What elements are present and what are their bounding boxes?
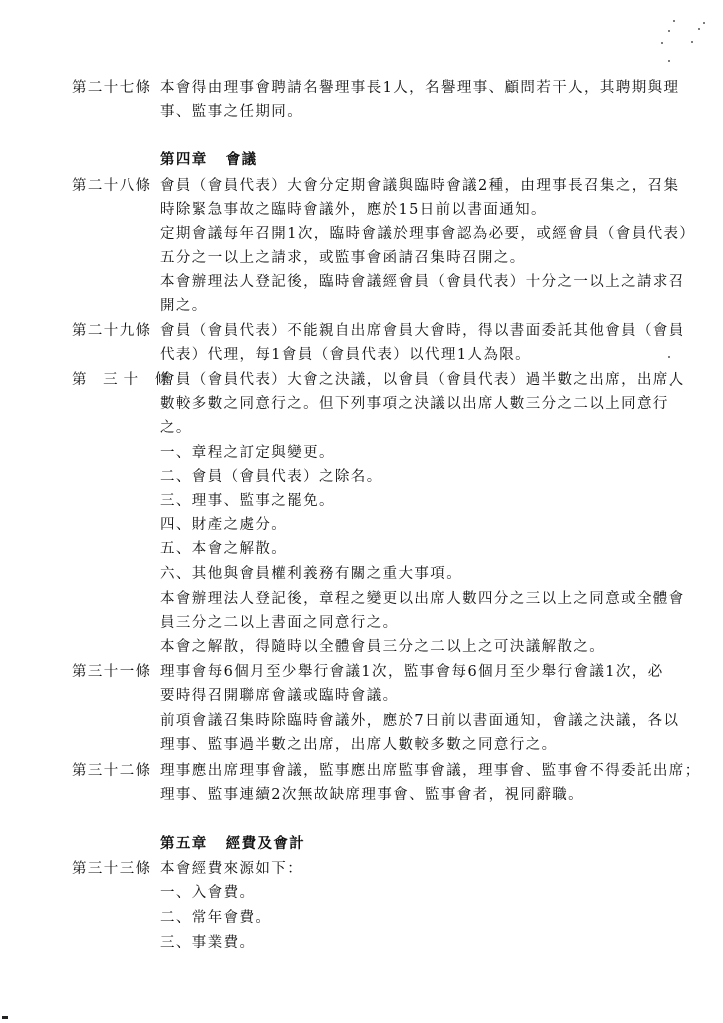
article-31-line-1: 理事會每6個月至少舉行會議1次，監事會每6個月至少舉行會議1次，必 (160, 663, 664, 681)
scan-speck (670, 90, 672, 92)
article-28-line-6: 開之。 (160, 297, 208, 315)
scan-speck (691, 41, 693, 43)
chapter-5-title: 經費及會計 (226, 835, 306, 852)
article-28-line-3: 定期會議每年召開1次，臨時會議於理事會認為必要，或經會員（會員代表） (160, 225, 695, 243)
article-31-line-4: 理事、監事過半數之出席，出席人數較多數之同意行之。 (160, 736, 558, 754)
article-30-item-5: 五、本會之解散。 (160, 540, 287, 558)
article-30-item-6: 六、其他與會員權利義務有關之重大事項。 (160, 565, 462, 583)
article-30-item-2: 二、會員（會員代表）之除名。 (160, 468, 383, 486)
article-30-line-11: 員三分之二以上書面之同意行之。 (160, 614, 399, 632)
article-28-line-5: 本會辦理法人登記後，臨時會議經會員（會員代表）十分之一以上之請求召 (160, 273, 685, 291)
scan-speck (668, 356, 670, 358)
article-30-item-3: 三、理事、監事之罷免。 (160, 492, 335, 510)
scan-speck (703, 22, 705, 24)
article-29-line-1: 會員（會員代表）不能親自出席會員大會時，得以書面委託其他會員（會員 (160, 322, 685, 340)
article-28-line-1: 會員（會員代表）大會分定期會議與臨時會議2種，由理事長召集之，召集 (160, 177, 679, 195)
article-30-item-1: 一、章程之訂定與變更。 (160, 444, 335, 462)
article-label-31: 第三十一條 (72, 663, 152, 681)
scan-speck (668, 60, 670, 62)
article-label-27: 第二十七條 (72, 79, 152, 97)
article-31-line-3: 前項會議召集時除臨時會議外，應於7日前以書面通知，會議之決議，各以 (160, 712, 679, 730)
article-33-item-1: 一、入會費。 (160, 884, 255, 902)
article-30-line-1: 會員（會員代表）大會之決議，以會員（會員代表）過半數之出席，出席人 (160, 371, 685, 389)
article-31-line-2: 要時得召開聯席會議或臨時會議。 (160, 687, 399, 705)
article-27-line-2: 事、監事之任期同。 (160, 103, 303, 121)
article-30-line-3: 之。 (160, 419, 192, 437)
article-30-line-12: 本會之解散，得隨時以全體會員三分之二以上之可決議解散之。 (160, 638, 605, 656)
document-page: 第二十七條 本會得由理事會聘請名譽理事長1人，名譽理事、顧問若干人，其聘期與理 … (0, 0, 723, 1023)
article-label-33: 第三十三條 (72, 860, 152, 878)
article-label-32: 第三十二條 (72, 762, 152, 780)
article-32-line-2: 理事、監事連續2次無故缺席理事會、監事會者，視同辭職。 (160, 786, 584, 804)
article-30-line-2: 數較多數之同意行之。但下列事項之決議以出席人數三分之二以上同意行 (160, 395, 669, 413)
scan-speck (673, 20, 675, 22)
chapter-5-heading: 第五章經費及會計 (160, 835, 305, 853)
chapter-4-number: 第四章 (160, 151, 208, 168)
article-label-28: 第二十八條 (72, 177, 152, 195)
chapter-4-title: 會議 (226, 151, 258, 168)
article-28-line-4: 五分之一以上之請求，或監事會函請召集時召開之。 (160, 249, 526, 267)
chapter-4-heading: 第四章會議 (160, 151, 258, 169)
article-32-line-1: 理事應出席理事會議，監事應出席監事會議，理事會、監事會不得委託出席； (160, 762, 701, 780)
article-28-line-2: 時除緊急事故之臨時會議外，應於15日前以書面通知。 (160, 201, 547, 219)
scan-speck (661, 42, 663, 44)
article-27-line-1: 本會得由理事會聘請名譽理事長1人，名譽理事、顧問若干人，其聘期與理 (160, 79, 679, 97)
article-33-item-2: 二、常年會費。 (160, 909, 271, 927)
article-33-line-1: 本會經費來源如下： (160, 860, 303, 878)
scan-speck (668, 30, 670, 32)
article-29-line-2: 代表）代理，每1會員（會員代表）以代理1人為限。 (160, 346, 531, 364)
article-33-item-3: 三、事業費。 (160, 934, 255, 952)
article-label-29: 第二十九條 (72, 322, 152, 340)
scan-speck (698, 28, 700, 30)
scan-corner-mark (2, 1016, 8, 1019)
scan-speck (670, 384, 672, 386)
article-30-line-10: 本會辦理法人登記後，章程之變更以出席人數四分之三以上之同意或全體會 (160, 590, 685, 608)
article-30-item-4: 四、財產之處分。 (160, 516, 287, 534)
chapter-5-number: 第五章 (160, 835, 208, 852)
